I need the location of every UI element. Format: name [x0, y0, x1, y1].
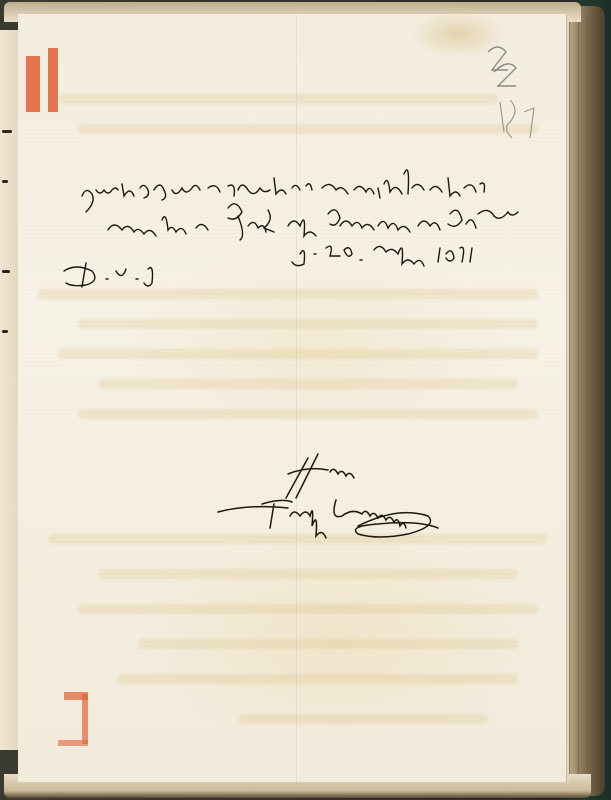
folded-page-sliver — [0, 30, 20, 750]
signature-handwriting — [218, 444, 458, 544]
archival-pencil-note — [480, 42, 550, 162]
manuscript-sheet: qualche equivoco et in quello che io non… — [18, 14, 566, 782]
salutation-handwriting — [60, 259, 180, 299]
letter-body-handwriting — [78, 164, 538, 274]
